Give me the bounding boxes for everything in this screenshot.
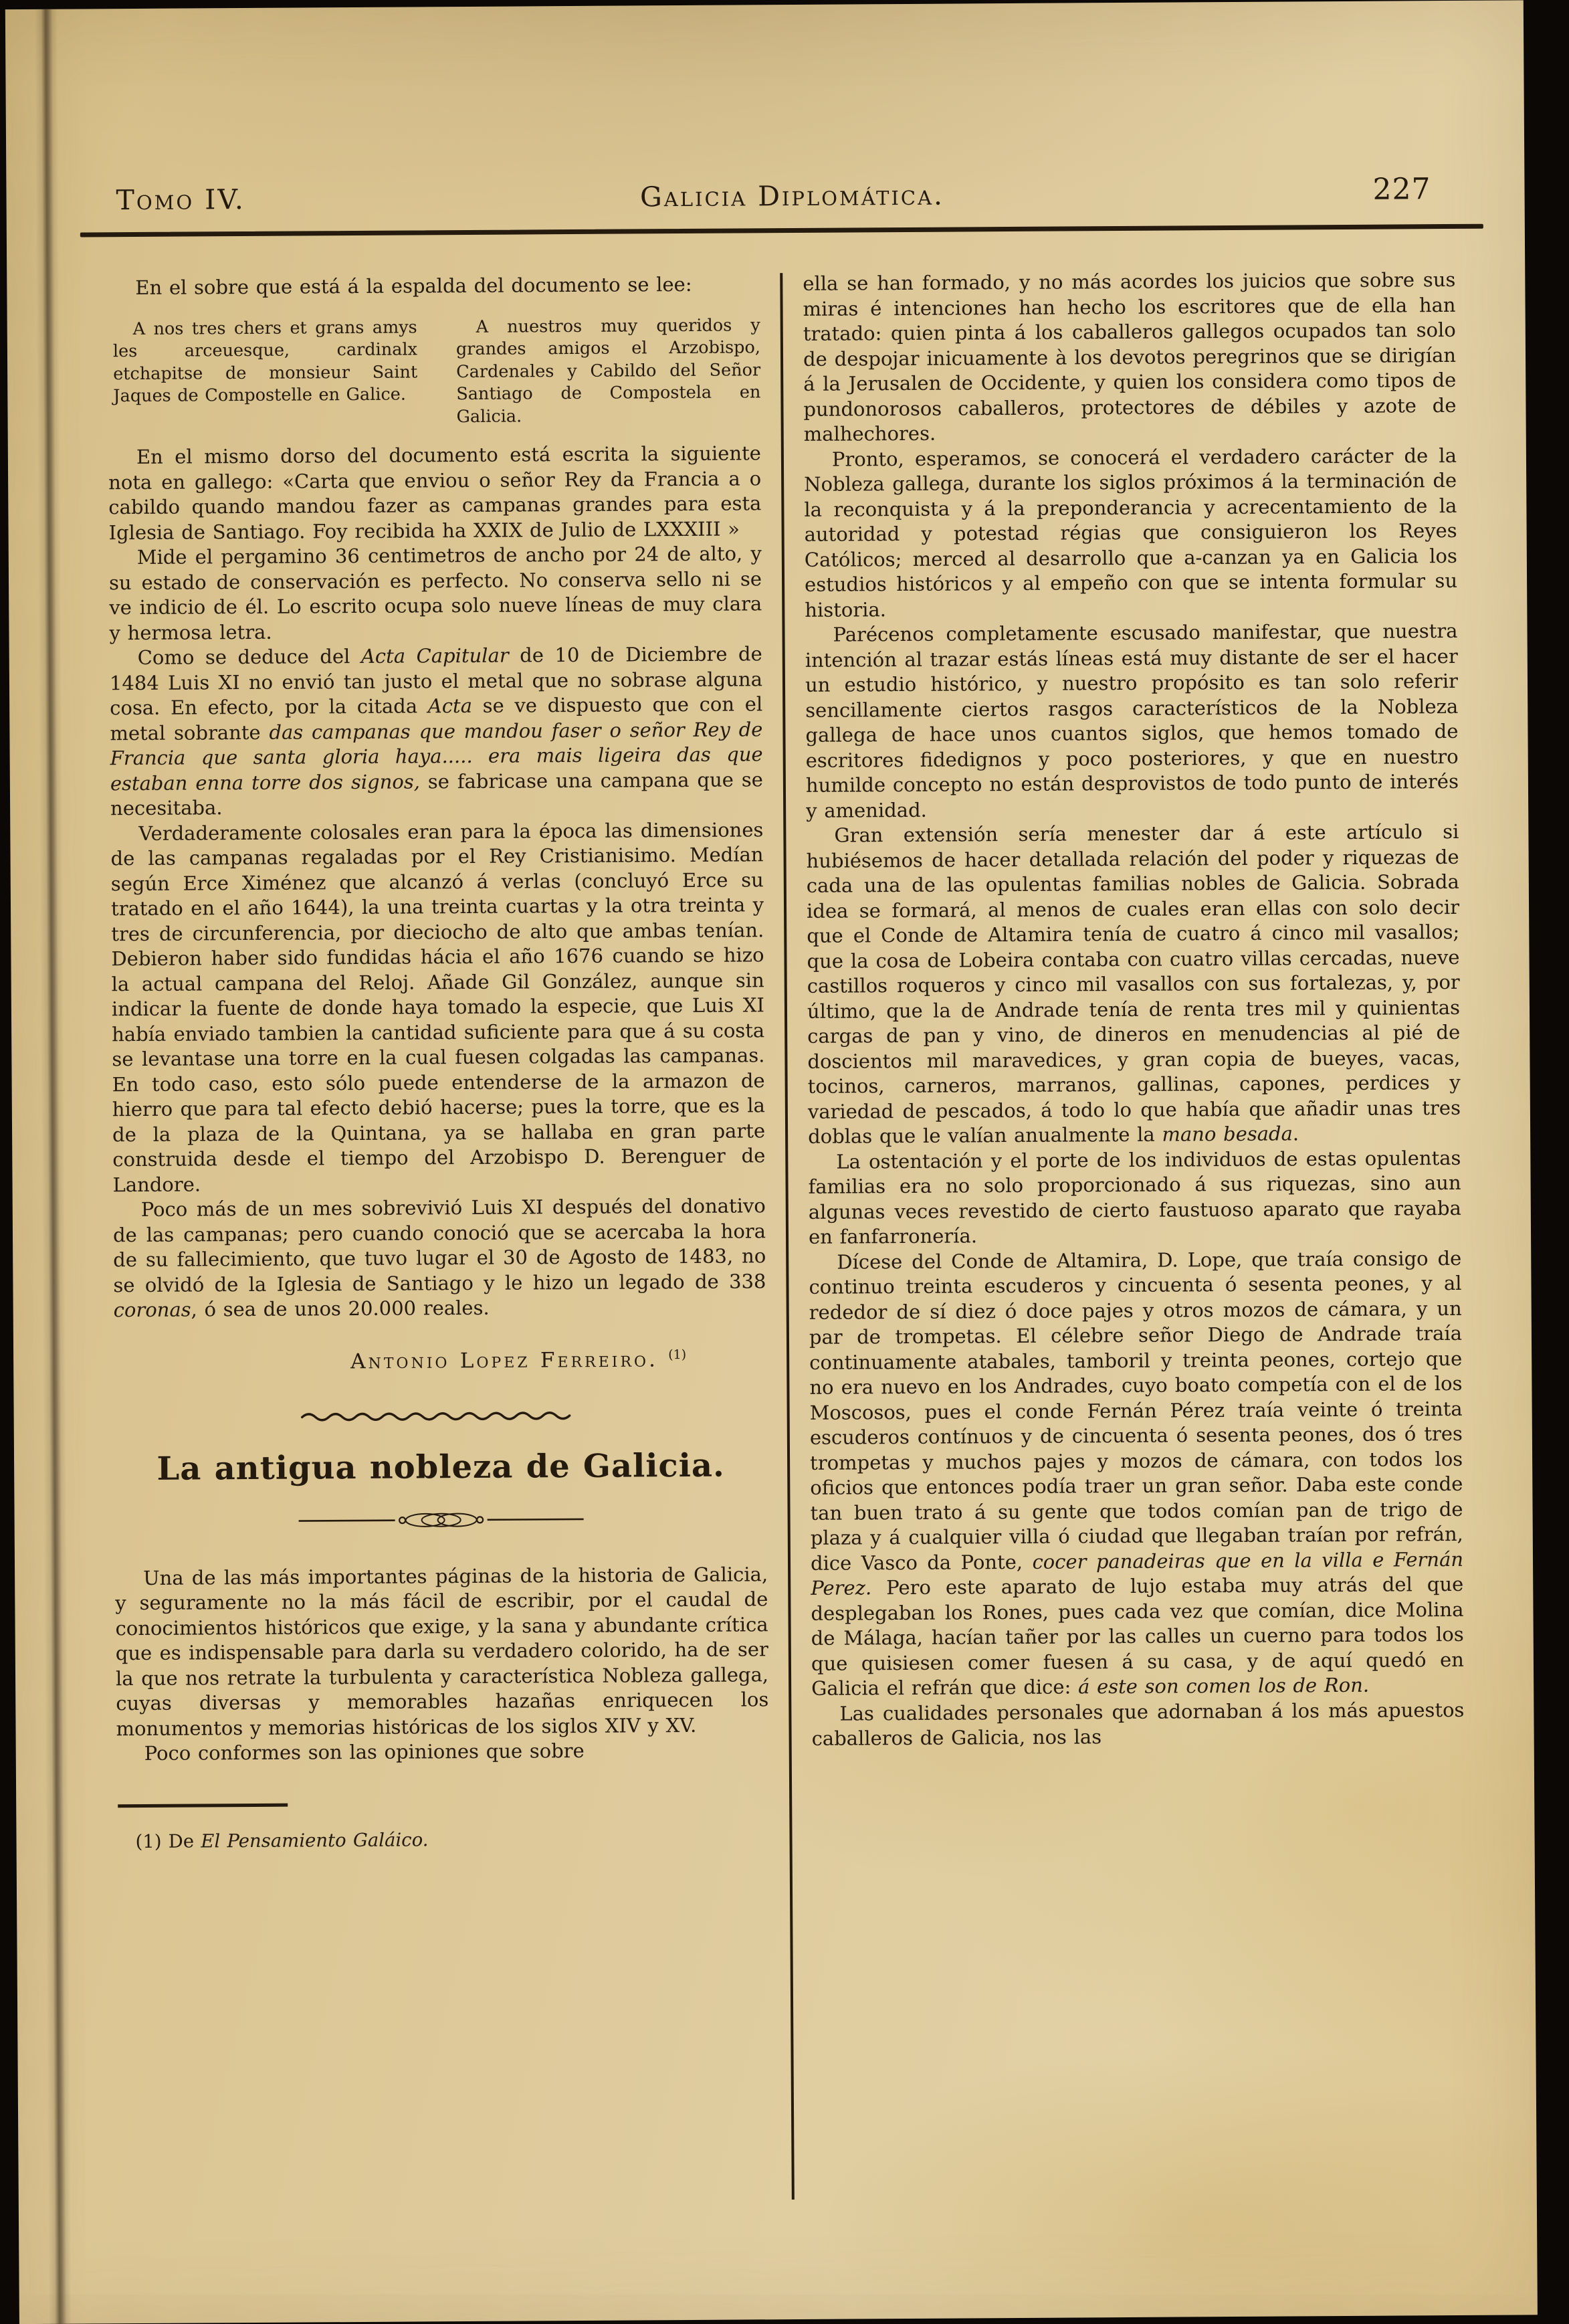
footnote-text: (1) De El Pensamiento Galáico.	[116, 1826, 769, 1853]
paragraph: Gran extensión sería menester dar á este…	[806, 819, 1461, 1149]
text-segment: ella se han formado, y no más acordes lo…	[803, 268, 1456, 446]
text-segment: Pronto, esperamos, se conocerá el verdad…	[804, 444, 1457, 621]
text-segment: En el sobre que está á la espalda del do…	[135, 273, 692, 299]
left-column: En el sobre que está á la espalda del do…	[107, 272, 769, 1853]
text-segment: Poco conformes son las opiniones que sob…	[144, 1739, 585, 1765]
quote-original-french: A nos tres chers et grans amys les arceu…	[113, 316, 418, 430]
paragraph: ella se han formado, y no más acordes lo…	[803, 268, 1457, 447]
footnote-marker: (1)	[668, 1347, 686, 1362]
paragraph: En el sobre que está á la espalda del do…	[107, 272, 760, 300]
text-segment: , ó sea de unos 20.000 reales.	[191, 1296, 489, 1321]
paragraph: Mide el pergamino 36 centimetros de anch…	[109, 541, 762, 646]
page-content: Tomo IV. Galicia Diplomática. 227 En el …	[6, 175, 1536, 2204]
paragraph: Poco más de un mes sobrevivió Luis XI de…	[113, 1193, 766, 1323]
paragraph: Una de las más importantes páginas de la…	[115, 1562, 769, 1741]
italic-text-segment: coronas	[114, 1298, 191, 1322]
author-name: Antonio Lopez Ferreiro.	[350, 1347, 668, 1373]
quote-spanish-translation: A nuestros muy queridos y grandes amigos…	[456, 314, 761, 428]
wavy-divider	[114, 1401, 767, 1430]
ornament-divider	[115, 1505, 768, 1534]
article-title: La antigua nobleza de Galicia.	[114, 1453, 767, 1482]
paragraph: Pronto, esperamos, se conocerá el verdad…	[804, 443, 1458, 622]
column-divider-rule	[780, 273, 795, 2200]
paragraph: Parécenos completamente escusado manifes…	[805, 619, 1459, 824]
right-column: ella se han formado, y no más acordes lo…	[803, 268, 1464, 1751]
page-header: Tomo IV. Galicia Diplomática. 227	[106, 176, 1477, 221]
paragraph: Como se deduce del Acta Capitular de 10 …	[110, 642, 764, 821]
text-segment: (1) De	[135, 1830, 201, 1852]
text-segment: .	[1293, 1122, 1299, 1145]
text-segment: Una de las más importantes páginas de la…	[115, 1563, 768, 1740]
text-columns: En el sobre que está á la espalda del do…	[107, 268, 1490, 2204]
parallel-quote-block: A nos tres chers et grans amys les arceu…	[113, 314, 761, 430]
italic-text-segment: á este son comen los de Ron.	[1078, 1674, 1369, 1699]
scanned-page: Tomo IV. Galicia Diplomática. 227 En el …	[5, 0, 1538, 2315]
paragraph: Verdaderamente colosales eran para la ép…	[110, 817, 765, 1197]
braided-ornament-icon	[298, 1509, 585, 1531]
page-number: 227	[1372, 172, 1431, 207]
paragraph: Poco conformes son las opiniones que sob…	[116, 1738, 769, 1767]
text-segment: Las cualidades personales que adornaban …	[812, 1698, 1465, 1749]
text-segment: La ostentación y el porte de los individ…	[808, 1146, 1461, 1248]
header-rule	[80, 224, 1483, 237]
italic-text-segment: mano besada	[1162, 1122, 1293, 1145]
footnote: (1) De El Pensamiento Galáico.	[116, 1800, 769, 1853]
paragraph: La ostentación y el porte de los individ…	[808, 1145, 1461, 1250]
text-segment: Parécenos completamente escusado manifes…	[805, 619, 1459, 821]
text-segment: Verdaderamente colosales eran para la ép…	[110, 818, 765, 1196]
text-segment: Como se deduce del	[138, 645, 361, 669]
paragraph: En el mismo dorso del documento está esc…	[108, 441, 762, 545]
italic-text-segment: El Pensamiento Galáico.	[201, 1829, 428, 1852]
italic-text-segment: Acta	[428, 694, 472, 717]
text-segment: Poco más de un mes sobrevivió Luis XI de…	[113, 1194, 766, 1296]
text-segment: Dícese del Conde de Altamira, D. Lope, q…	[809, 1246, 1463, 1574]
wavy-line-icon	[300, 1409, 581, 1424]
text-segment: En el mismo dorso del documento está esc…	[108, 442, 761, 543]
text-segment: Gran extensión sería menester dar á este…	[807, 820, 1461, 1148]
journal-title: Galicia Diplomática.	[106, 176, 1477, 217]
footnote-rule	[118, 1803, 288, 1808]
author-signature: Antonio Lopez Ferreiro. (1)	[114, 1343, 686, 1376]
italic-text-segment: Acta Capitular	[361, 644, 509, 668]
paragraph: Dícese del Conde de Altamira, D. Lope, q…	[809, 1246, 1464, 1701]
paragraph: Las cualidades personales que adornaban …	[811, 1697, 1464, 1751]
text-segment: Mide el pergamino 36 centimetros de anch…	[109, 542, 762, 644]
